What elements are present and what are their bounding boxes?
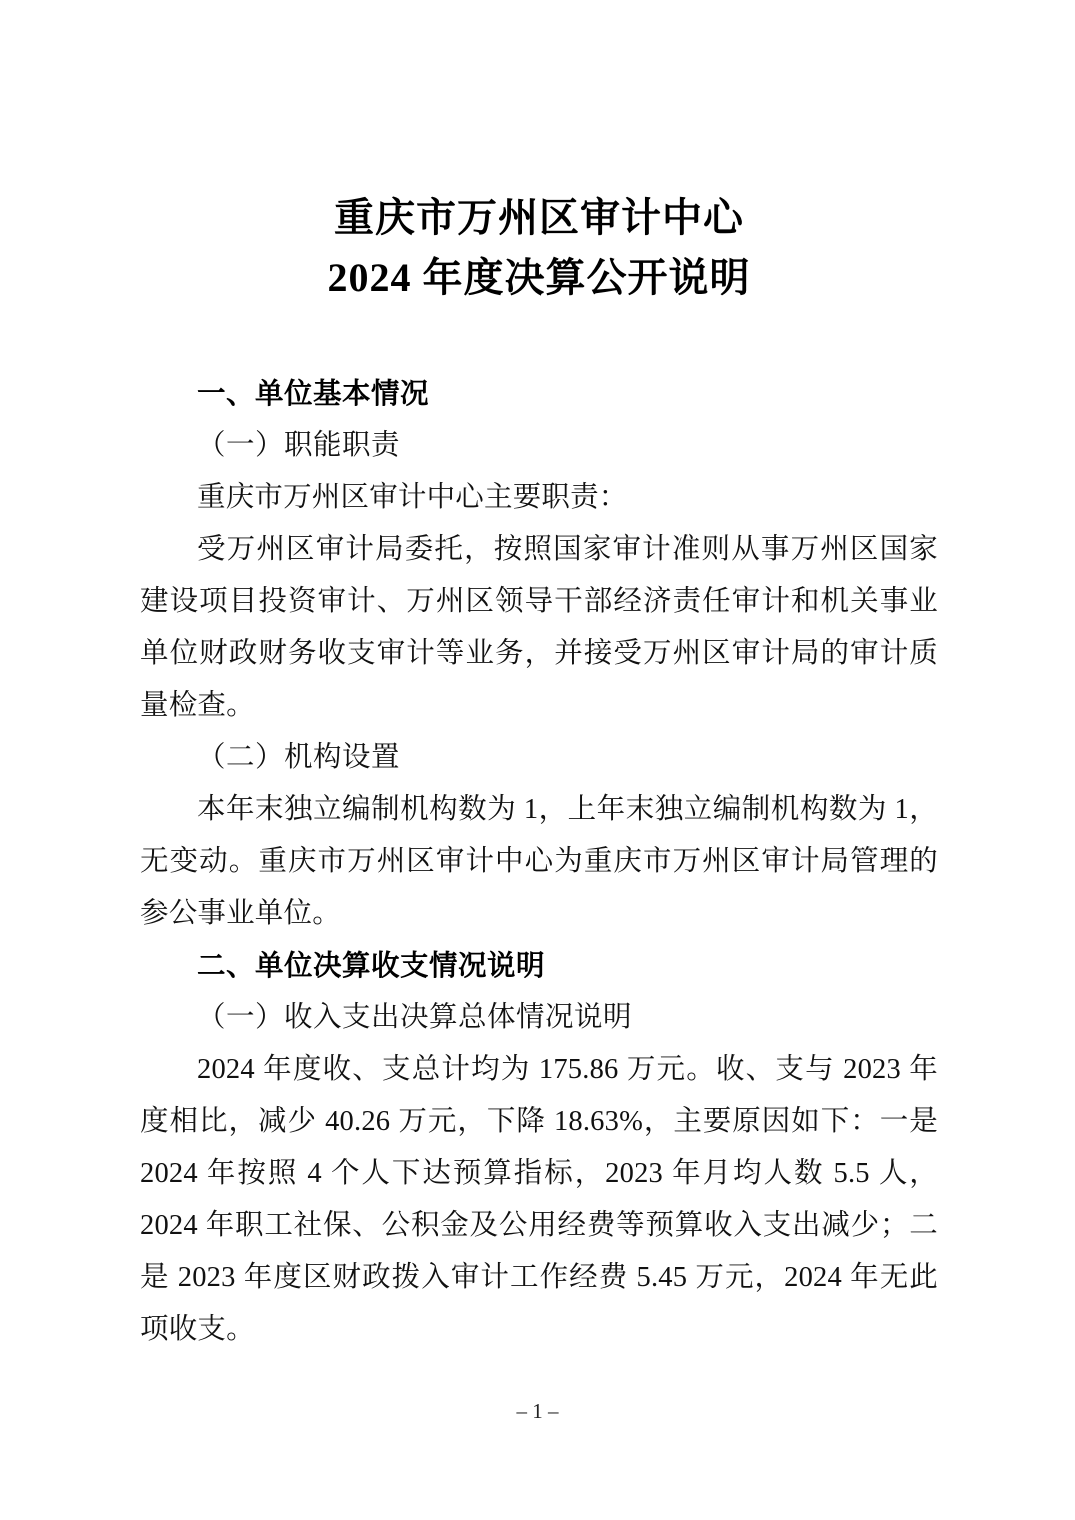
subsection-heading-1-2: （二）机构设置 bbox=[140, 732, 938, 784]
paragraph-duties-detail: 受万州区审计局委托，按照国家审计准则从事万州区国家建设项目投资审计、万州区领导干… bbox=[140, 524, 938, 732]
document-title: 重庆市万州区审计中心 2024 年度决算公开说明 bbox=[140, 188, 938, 308]
document-page: 重庆市万州区审计中心 2024 年度决算公开说明 一、单位基本情况 （一）职能职… bbox=[0, 0, 1075, 1520]
page-number: – 1 – bbox=[0, 1396, 1075, 1426]
section-heading-1: 一、单位基本情况 bbox=[140, 368, 938, 420]
section-heading-2: 二、单位决算收支情况说明 bbox=[140, 940, 938, 992]
subsection-heading-2-1: （一）收入支出决算总体情况说明 bbox=[140, 992, 938, 1044]
document-title-line-2: 2024 年度决算公开说明 bbox=[140, 248, 938, 308]
document-body: 一、单位基本情况 （一）职能职责 重庆市万州区审计中心主要职责： 受万州区审计局… bbox=[140, 368, 938, 1356]
paragraph-budget-summary: 2024 年度收、支总计均为 175.86 万元。收、支与 2023 年度相比，… bbox=[140, 1044, 938, 1356]
paragraph-duties-intro: 重庆市万州区审计中心主要职责： bbox=[140, 472, 938, 524]
paragraph-organization: 本年末独立编制机构数为 1，上年末独立编制机构数为 1，无变动。重庆市万州区审计… bbox=[140, 784, 938, 940]
subsection-heading-1-1: （一）职能职责 bbox=[140, 420, 938, 472]
document-content: 重庆市万州区审计中心 2024 年度决算公开说明 一、单位基本情况 （一）职能职… bbox=[140, 188, 938, 1356]
document-title-line-1: 重庆市万州区审计中心 bbox=[140, 188, 938, 248]
